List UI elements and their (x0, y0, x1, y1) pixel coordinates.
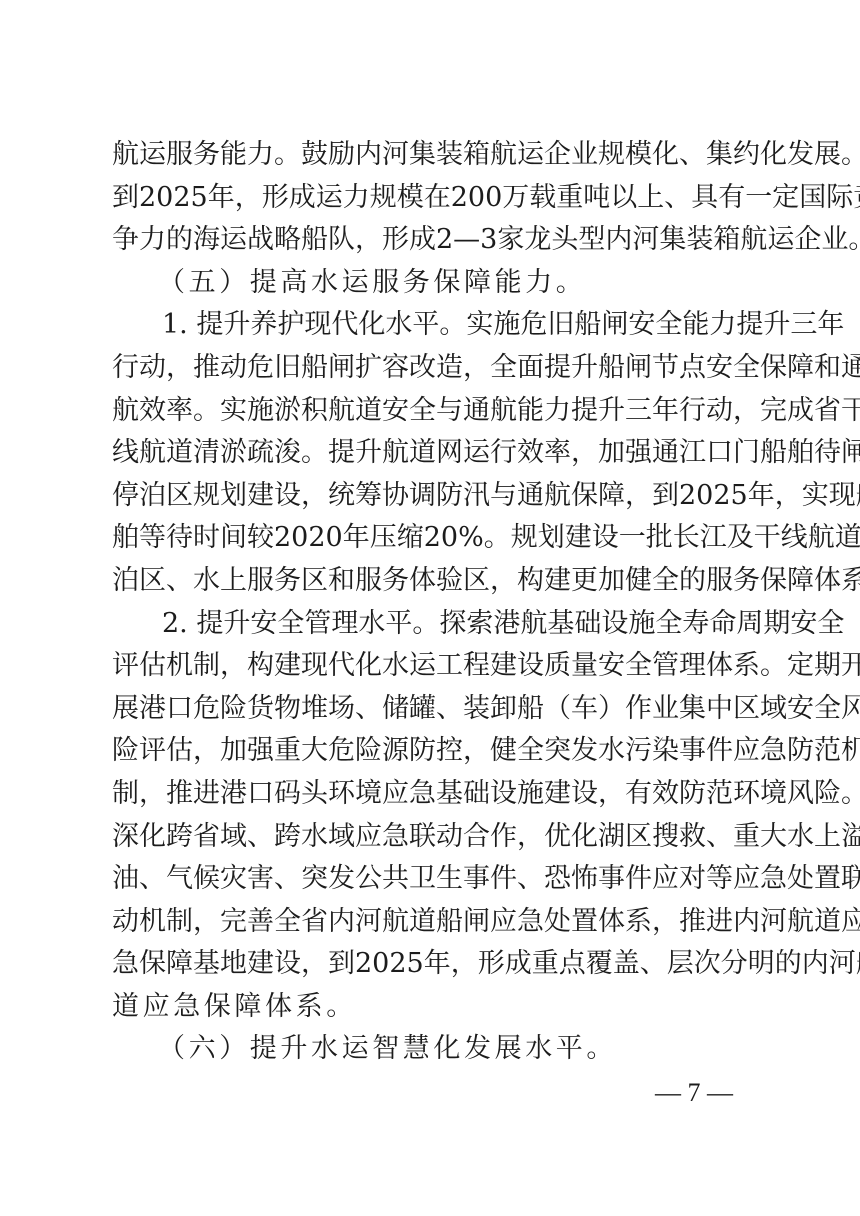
text-line: 动机制，完善全省内河航道船闸应急处置体系，推进内河航道应 (112, 901, 746, 944)
text-line: 争力的海运战略船队，形成2—3家龙头型内河集装箱航运企业。 (112, 219, 746, 262)
document-page: 航运服务能力。鼓励内河集装箱航运企业规模化、集约化发展。 到2025年，形成运力… (0, 0, 860, 1216)
heading-line: （六）提升水运智慧化发展水平。 (112, 1028, 752, 1071)
text-line: 2. 提升安全管理水平。探索港航基础设施全寿命周期安全 (112, 603, 746, 646)
text-line: 舶等待时间较2020年压缩20%。规划建设一批长江及干线航道停 (112, 517, 746, 560)
text-line: 行动，推动危旧船闸扩容改造，全面提升船闸节点安全保障和通 (112, 347, 746, 390)
text-line: 到2025年，形成运力规模在200万载重吨以上、具有一定国际竞 (112, 177, 746, 220)
text-line: 油、气候灾害、突发公共卫生事件、恐怖事件应对等应急处置联 (112, 858, 746, 901)
paragraph-continuation: 航运服务能力。鼓励内河集装箱航运企业规模化、集约化发展。 到2025年，形成运力… (112, 134, 752, 262)
text-line: 制，推进港口码头环境应急基础设施建设，有效防范环境风险。 (112, 773, 746, 816)
paragraph-item-2: 2. 提升安全管理水平。探索港航基础设施全寿命周期安全 评估机制，构建现代化水运… (112, 603, 752, 1029)
heading-line: （五）提高水运服务保障能力。 (112, 262, 752, 305)
text-line: 1. 提升养护现代化水平。实施危旧船闸安全能力提升三年 (112, 304, 746, 347)
section-heading-5: （五）提高水运服务保障能力。 (112, 262, 752, 305)
text-line: 停泊区规划建设，统筹协调防汛与通航保障，到2025年，实现船 (112, 475, 746, 518)
text-line: 航运服务能力。鼓励内河集装箱航运企业规模化、集约化发展。 (112, 134, 746, 177)
text-line: 泊区、水上服务区和服务体验区，构建更加健全的服务保障体系。 (112, 560, 746, 603)
text-line: 评估机制，构建现代化水运工程建设质量安全管理体系。定期开 (112, 645, 746, 688)
body-text: 航运服务能力。鼓励内河集装箱航运企业规模化、集约化发展。 到2025年，形成运力… (112, 134, 752, 1071)
text-line: 航效率。实施淤积航道安全与通航能力提升三年行动，完成省干 (112, 390, 746, 433)
text-line: 道应急保障体系。 (112, 986, 746, 1029)
text-line: 线航道清淤疏浚。提升航道网运行效率，加强通江口门船舶待闸 (112, 432, 746, 475)
text-line: 展港口危险货物堆场、储罐、装卸船（车）作业集中区域安全风 (112, 688, 746, 731)
text-line: 险评估，加强重大危险源防控，健全突发水污染事件应急防范机 (112, 730, 746, 773)
section-heading-6: （六）提升水运智慧化发展水平。 (112, 1028, 752, 1071)
text-line: 急保障基地建设，到2025年，形成重点覆盖、层次分明的内河航 (112, 943, 746, 986)
text-line: 深化跨省域、跨水域应急联动合作，优化湖区搜救、重大水上溢 (112, 816, 746, 859)
paragraph-item-1: 1. 提升养护现代化水平。实施危旧船闸安全能力提升三年 行动，推动危旧船闸扩容改… (112, 304, 752, 602)
page-number: — 7 — (655, 1076, 733, 1110)
